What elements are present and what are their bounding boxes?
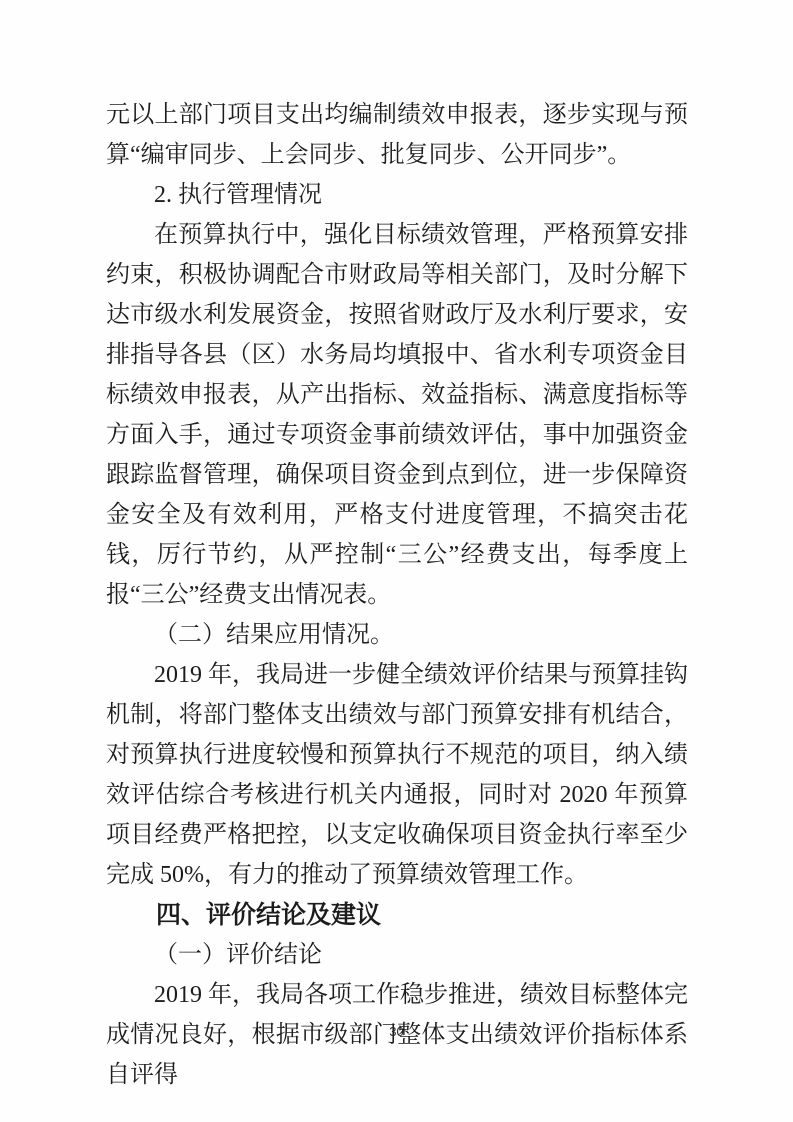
section-heading: 四、评价结论及建议	[106, 895, 688, 935]
paragraph: 元以上部门项目支出均编制绩效申报表，逐步实现与预算“编审同步、上会同步、批复同步…	[106, 95, 688, 175]
page-number: 30	[0, 1024, 793, 1039]
paragraph: 在预算执行中，强化目标绩效管理，严格预算安排约束，积极协调配合市财政局等相关部门…	[106, 215, 688, 615]
paragraph: 2019 年，我局进一步健全绩效评价结果与预算挂钩机制，将部门整体支出绩效与部门…	[106, 655, 688, 895]
document-body: 元以上部门项目支出均编制绩效申报表，逐步实现与预算“编审同步、上会同步、批复同步…	[106, 95, 688, 1095]
paragraph: （一）评价结论	[106, 935, 688, 975]
document-page: 元以上部门项目支出均编制绩效申报表，逐步实现与预算“编审同步、上会同步、批复同步…	[0, 0, 793, 1122]
paragraph: （二）结果应用情况。	[106, 615, 688, 655]
paragraph: 2. 执行管理情况	[106, 175, 688, 215]
